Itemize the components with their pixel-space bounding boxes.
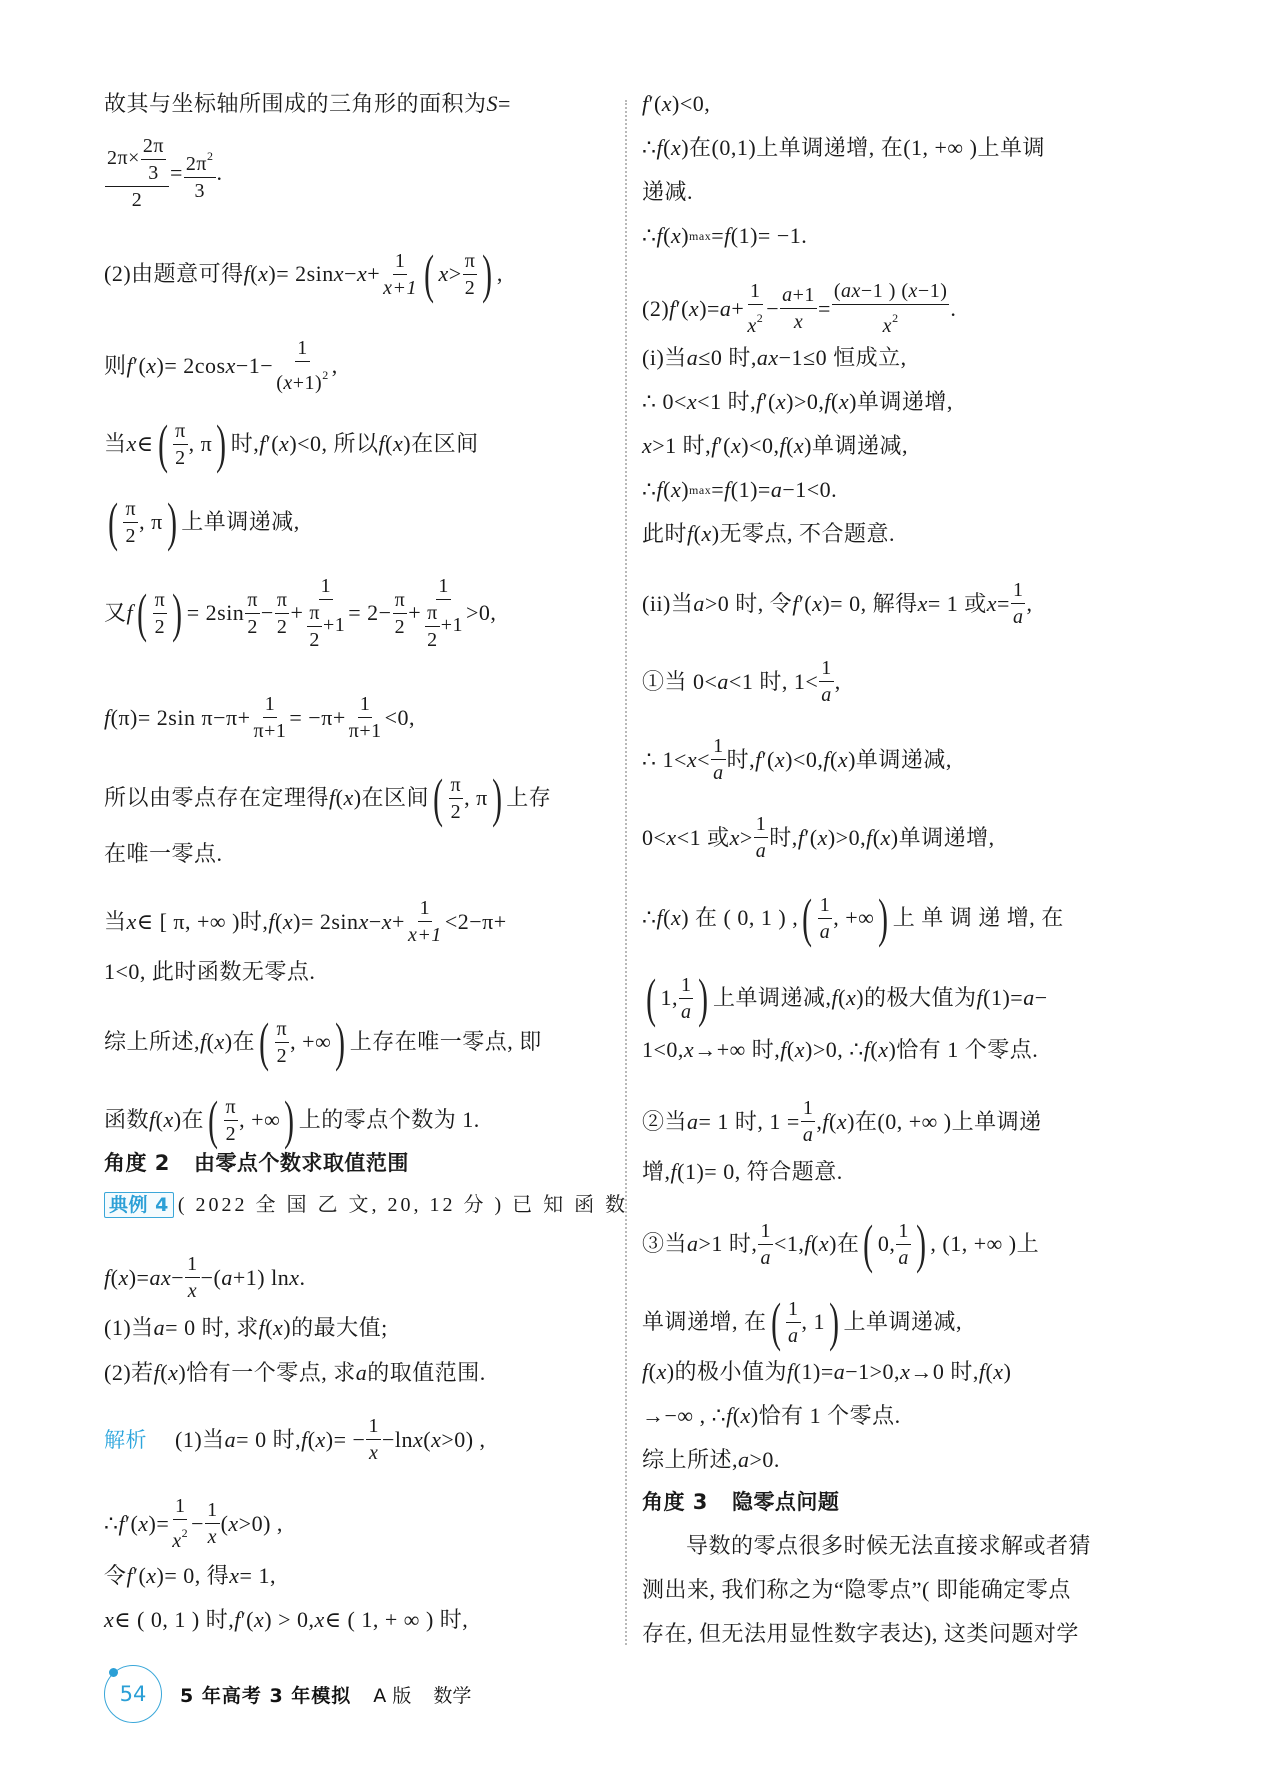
- fraction-denominator: 2: [449, 799, 464, 823]
- fraction-numerator: 1: [366, 1415, 381, 1440]
- text-line: ∴ f ( x ) 在 ( 0, 1 ) , (1a, +∞) 上 单 调 递 …: [642, 891, 1064, 945]
- text-run: = 1,: [240, 1561, 276, 1591]
- math-variable: f: [657, 133, 664, 163]
- text-run: ′(: [266, 429, 279, 459]
- left-paren: (: [259, 1015, 269, 1069]
- fraction-numerator: 1: [295, 337, 310, 362]
- text-run: ( 2022 全 国 乙 文, 20, 12 分 ) 已 知 函 数: [178, 1190, 628, 1220]
- parenthesized-group: (1a, +∞): [798, 891, 893, 945]
- text-run: −1>0,: [845, 1357, 900, 1387]
- text-run: 隐零点问题: [732, 1487, 840, 1517]
- superscript: 2: [892, 311, 899, 325]
- text-run: −1): [918, 280, 947, 302]
- text-line: f(π)= 2sin π−π+1π+1= −π+1π+1<0,: [104, 693, 415, 742]
- text-run: ∴: [642, 903, 657, 933]
- math-variable: a: [898, 1247, 909, 1269]
- math-variable: x: [146, 351, 156, 381]
- text-run: )在区间: [403, 429, 478, 459]
- text-run: )在(0,1)上单调递增, 在(1, +∞ )上单调: [681, 133, 1045, 163]
- text-line: (1, 1a)上单调递减, f(x)的极大值为f(1)= a−: [642, 971, 1048, 1025]
- math-variable: f: [724, 221, 731, 251]
- math-variable: a: [687, 1229, 699, 1259]
- fraction-denominator: 2: [245, 614, 260, 638]
- math-variable: f: [779, 431, 786, 461]
- math-variable: x: [794, 431, 804, 461]
- math-variable: a: [820, 921, 831, 943]
- text-run: (: [663, 221, 671, 251]
- math-variable: f: [787, 1357, 794, 1387]
- fraction-numerator: 1: [205, 1499, 220, 1524]
- text-run: 递减.: [642, 177, 693, 207]
- text-run: ①当 0<: [642, 667, 717, 697]
- text-run: 函数: [104, 1105, 149, 1135]
- fraction: π2: [153, 589, 168, 638]
- math-variable: x: [393, 429, 403, 459]
- math-variable: x: [208, 1526, 217, 1548]
- fraction-numerator: π: [224, 1096, 239, 1121]
- superscript: 2: [207, 149, 214, 163]
- text-run: 单调递增, 在: [642, 1307, 767, 1337]
- left-paren: (: [771, 1295, 781, 1349]
- text-line: 综上所述, a>0.: [642, 1445, 780, 1475]
- text-line: 综上所述, f(x)在(π2, +∞)上存在唯一零点, 即: [104, 1015, 542, 1069]
- text-run: 1: [297, 337, 308, 359]
- text-run: −1≤0 恒成立,: [779, 343, 907, 373]
- text-run: )<0,: [741, 431, 779, 461]
- math-variable: x: [747, 315, 756, 337]
- math-variable: x: [258, 259, 268, 289]
- math-variable: ax: [757, 343, 779, 373]
- text-run: 上存在唯一零点, 即: [350, 1027, 542, 1057]
- text-run: <: [697, 745, 710, 775]
- text-line: ∴ 1<x<1a时, f ′(x)<0, f(x)单调递减,: [642, 735, 952, 784]
- paren-content: 0, 1a: [878, 1220, 912, 1269]
- fraction: 2π23: [184, 145, 216, 202]
- fraction-denominator: 2: [124, 523, 139, 547]
- text-line: 增, f(1)= 0, 符合题意.: [642, 1157, 843, 1187]
- math-variable: x: [812, 589, 822, 619]
- fraction: π2: [393, 589, 408, 638]
- text-run: (: [663, 903, 671, 933]
- fraction-denominator: π2+1: [304, 600, 347, 651]
- text-run: (: [811, 1229, 819, 1259]
- fraction-denominator: x+1: [381, 275, 419, 299]
- text-run: 时,: [769, 823, 798, 853]
- math-variable: a: [1013, 606, 1024, 628]
- right-paren: ): [216, 417, 226, 471]
- math-variable: a: [821, 684, 832, 706]
- text-run: 增,: [642, 1157, 671, 1187]
- text-run: ′(: [241, 1605, 254, 1635]
- fraction-numerator: 1: [896, 1220, 911, 1245]
- text-run: =: [711, 221, 724, 251]
- text-run: (: [829, 1107, 837, 1137]
- parenthesized-group: (1, 1a): [642, 971, 713, 1025]
- math-variable: x: [228, 1509, 238, 1539]
- text-run: π: [427, 602, 438, 624]
- fraction-denominator: 2: [307, 627, 322, 651]
- math-variable: a: [225, 1425, 237, 1455]
- math-variable: x: [439, 259, 449, 289]
- text-run: ′(: [804, 823, 817, 853]
- text-run: >0) ,: [441, 1425, 485, 1455]
- math-variable: f: [301, 1425, 308, 1455]
- text-run: )在: [829, 1229, 859, 1259]
- fraction: 1x: [205, 1499, 220, 1548]
- text-run: (1)=: [731, 475, 771, 505]
- text-line: ②当 a = 1 时, 1 = 1a, f(x)在(0, +∞ )上单调递: [642, 1097, 1042, 1146]
- book-edition: A 版: [373, 1681, 411, 1708]
- parenthesized-group: (π2, π): [154, 417, 231, 471]
- paren-content: π2, π: [448, 774, 488, 823]
- text-run: →0 时,: [910, 1357, 979, 1387]
- math-variable: x: [684, 1035, 694, 1065]
- text-run: ): [1004, 1357, 1012, 1387]
- page-number-badge: 54: [104, 1665, 162, 1723]
- math-variable: x: [413, 1425, 423, 1455]
- fraction-denominator: a: [679, 999, 694, 1023]
- text-run: (i)当: [642, 343, 687, 373]
- text-run: >1 时,: [652, 431, 711, 461]
- math-variable: x: [987, 589, 997, 619]
- text-run: )单调递减,: [804, 431, 908, 461]
- text-run: ∴: [642, 221, 657, 251]
- text-run: >0.: [750, 1445, 780, 1475]
- fraction-numerator: π: [245, 589, 260, 614]
- text-run: −ln: [382, 1425, 413, 1455]
- math-variable: x: [334, 259, 344, 289]
- fraction-denominator: x: [792, 309, 805, 333]
- math-variable: f: [792, 589, 799, 619]
- math-variable: x: [214, 1027, 224, 1057]
- text-run: 上单调递减,: [713, 983, 832, 1013]
- text-run: ′(: [676, 294, 689, 324]
- fraction-denominator: 2: [224, 1121, 239, 1145]
- math-variable: a: [720, 294, 732, 324]
- text-line: (1)当 a = 0 时, 求f(x)的最大值;: [104, 1313, 388, 1343]
- text-run: (: [265, 1313, 273, 1343]
- right-paren: ): [699, 971, 709, 1025]
- text-run: )单调递增,: [891, 823, 995, 853]
- text-run: π: [309, 602, 320, 624]
- text-run: 2: [427, 629, 438, 651]
- right-paren: ): [916, 1217, 926, 1271]
- text-run: ): [681, 475, 689, 505]
- fraction-denominator: x+1: [406, 922, 444, 946]
- math-variable: x: [279, 429, 289, 459]
- text-run: .: [950, 294, 956, 324]
- right-paren: ): [335, 1015, 345, 1069]
- math-variable: x: [163, 1105, 173, 1135]
- text-run: ) > 0,: [264, 1605, 314, 1635]
- right-paren: ): [878, 891, 888, 945]
- fraction-numerator: 1: [711, 735, 726, 760]
- text-run: +: [731, 294, 744, 324]
- fraction-denominator: a: [1011, 604, 1026, 628]
- math-variable: f: [657, 903, 664, 933]
- math-variable: f: [864, 1035, 871, 1065]
- text-run: −: [344, 259, 357, 289]
- text-run: 令: [104, 1561, 127, 1591]
- parenthesized-group: (π2, π): [104, 495, 181, 549]
- math-variable: x: [343, 783, 353, 813]
- text-line: 解析(1)当 a = 0 时, f(x)= −1x−ln x(x>0) ,: [104, 1415, 486, 1464]
- text-run: ′(: [133, 351, 146, 381]
- math-variable: x: [701, 519, 711, 549]
- text-run: 所以由零点存在定理得: [104, 783, 329, 813]
- text-run: 当: [104, 429, 127, 459]
- text-run: (2)由题意可得: [104, 259, 244, 289]
- math-variable: x: [226, 351, 236, 381]
- fraction-numerator: π: [123, 498, 138, 523]
- text-line: x>1 时, f ′(x)<0, f(x)单调递减,: [642, 431, 908, 461]
- text-run: −: [171, 1263, 184, 1293]
- math-variable: x: [642, 431, 652, 461]
- fraction: 1a: [818, 894, 833, 943]
- paren-content: x>π2: [439, 250, 479, 299]
- left-paren: (: [137, 586, 147, 640]
- text-run: , π: [464, 783, 488, 813]
- text-run: 2: [277, 616, 288, 638]
- text-run: )= 2sin: [293, 907, 358, 937]
- math-variable: f: [726, 1401, 733, 1431]
- math-variable: x: [918, 589, 928, 619]
- paren-content: π2: [152, 589, 169, 638]
- fraction: π2: [123, 498, 138, 547]
- math-variable: x: [431, 1425, 441, 1455]
- text-run: 2: [465, 277, 476, 299]
- math-variable: x: [909, 280, 918, 302]
- text-run: )=: [149, 1509, 170, 1539]
- book-title: 5 年高考 3 年模拟: [180, 1681, 351, 1708]
- fraction-numerator: 2π2: [184, 145, 216, 178]
- text-run: 1: [1013, 579, 1024, 601]
- paren-content: 1, 1a: [660, 974, 694, 1023]
- math-variable: x: [357, 259, 367, 289]
- math-variable: x: [687, 745, 697, 775]
- text-run: 上的零点个数为 1.: [299, 1105, 480, 1135]
- right-paren: ): [284, 1093, 294, 1147]
- text-run: 1: [756, 813, 767, 835]
- fraction-numerator: π: [173, 420, 188, 445]
- text-run: (: [870, 1035, 878, 1065]
- math-variable: x: [168, 1358, 178, 1388]
- fraction: 2π3: [141, 135, 166, 184]
- text-run: )的极小值为: [667, 1357, 787, 1387]
- text-run: ′(: [133, 1561, 146, 1591]
- left-paren: (: [424, 247, 434, 301]
- text-run: ③当: [642, 1229, 687, 1259]
- text-run: 1: [760, 1220, 771, 1242]
- fraction-numerator: 1: [436, 575, 451, 600]
- math-variable: f: [671, 1157, 678, 1187]
- fraction-numerator: π: [463, 250, 478, 275]
- text-run: )恰有 1 个零点.: [888, 1035, 1038, 1065]
- math-variable: f: [687, 519, 694, 549]
- text-run: −: [191, 1509, 204, 1539]
- fraction-numerator: ( ax−1 ) ( x−1): [832, 280, 950, 305]
- math-variable: a: [1023, 983, 1035, 1013]
- math-variable: a: [738, 1445, 750, 1475]
- text-run: )单调递增,: [849, 387, 953, 417]
- math-variable: x: [656, 1357, 666, 1387]
- math-variable: a: [221, 1263, 233, 1293]
- math-variable: x: [138, 1509, 148, 1539]
- text-run: 2: [395, 616, 406, 638]
- math-variable: x: [127, 907, 137, 937]
- left-paren: (: [208, 1093, 218, 1147]
- right-paren: ): [167, 495, 177, 549]
- math-variable: x: [127, 429, 137, 459]
- text-run: 1: [368, 1415, 379, 1437]
- text-line: 则f ′(x)= 2cos x−1−1(x+1)2,: [104, 337, 338, 394]
- text-line: 令 f ′(x)= 0, 得 x = 1,: [104, 1561, 276, 1591]
- paren-content: 1a, 1: [785, 1298, 825, 1347]
- math-variable: x: [118, 1263, 128, 1293]
- fraction-denominator: a: [754, 838, 769, 862]
- math-variable: x: [689, 294, 699, 324]
- text-line: ①当 0<a<1 时, 1<1a,: [642, 657, 841, 706]
- text-run: 1: [360, 693, 371, 715]
- text-run: 2: [247, 616, 258, 638]
- fraction-denominator: 2: [130, 187, 145, 211]
- math-variable: f: [798, 823, 805, 853]
- fraction-numerator: 1: [185, 1253, 200, 1278]
- text-run: (: [733, 1401, 741, 1431]
- fraction-numerator: 1: [263, 693, 278, 718]
- text-run: >0,: [466, 598, 496, 628]
- math-variable: f: [379, 429, 386, 459]
- fraction-numerator: 1: [818, 894, 833, 919]
- left-paren: (: [646, 971, 656, 1025]
- fraction-numerator: 1: [393, 250, 408, 275]
- fraction: π2: [449, 774, 464, 823]
- text-run: >: [740, 823, 753, 853]
- text-run: (: [423, 1425, 431, 1455]
- text-run: −: [1035, 983, 1048, 1013]
- text-run: )无零点, 不合题意.: [712, 519, 895, 549]
- math-variable: f: [149, 1105, 156, 1135]
- text-line: 测出来, 我们称之为“隐零点”( 即能确定零点: [642, 1575, 1071, 1605]
- math-variable: x: [254, 1605, 264, 1635]
- text-run: 时,: [727, 745, 756, 775]
- fraction: 1a: [801, 1097, 816, 1146]
- math-variable: x: [687, 387, 697, 417]
- fraction-denominator: a: [711, 760, 726, 784]
- text-run: 1: [321, 575, 332, 597]
- text-run: =: [818, 294, 831, 324]
- fraction-denominator: 2: [425, 627, 440, 651]
- math-variable: a: [803, 1124, 814, 1146]
- text-run: +: [408, 598, 421, 628]
- text-run: 2: [226, 1123, 237, 1145]
- text-run: 2: [155, 616, 166, 638]
- text-run: <1,: [774, 1229, 804, 1259]
- text-run: =: [711, 475, 724, 505]
- text-run: =: [997, 589, 1010, 619]
- text-run: 在唯一零点.: [104, 839, 223, 869]
- text-run: +1) ln: [233, 1263, 289, 1293]
- text-run: )= 2cos: [157, 351, 226, 381]
- text-run: (: [308, 1425, 316, 1455]
- text-run: 1: [420, 897, 431, 919]
- text-run: 1<0, 此时函数无零点.: [104, 957, 315, 987]
- math-variable: f: [200, 1027, 207, 1057]
- solution-label: 解析: [104, 1425, 147, 1455]
- text-run: )单调递减,: [848, 745, 952, 775]
- text-line: ∴ f(x)在(0,1)上单调递增, 在(1, +∞ )上单调: [642, 133, 1045, 163]
- fraction: π2: [245, 589, 260, 638]
- text-run: , 1: [802, 1307, 826, 1337]
- text-run: 2: [132, 189, 143, 211]
- math-variable: ax: [841, 280, 861, 302]
- text-run: (: [275, 907, 283, 937]
- fraction: 1x: [185, 1253, 200, 1302]
- fraction: π2: [224, 1096, 239, 1145]
- math-variable: f: [822, 1107, 829, 1137]
- text-run: .: [300, 1263, 306, 1293]
- fraction: 1x: [366, 1415, 381, 1464]
- math-variable: f: [780, 1035, 787, 1065]
- text-line: ∴ f(x)max =f(1)= a−1<0.: [642, 475, 837, 505]
- fraction: 2π×2π32: [105, 135, 169, 211]
- text-run: ′(: [762, 745, 775, 775]
- fraction-numerator: 2π: [141, 135, 166, 160]
- fraction-numerator: 1: [358, 693, 373, 718]
- paren-content: π2, +∞: [274, 1018, 332, 1067]
- text-run: (: [663, 475, 671, 505]
- fraction-denominator: (x+1)2: [274, 362, 331, 394]
- math-variable: x+1: [383, 277, 417, 299]
- math-variable: x: [900, 1357, 910, 1387]
- text-line: 单调递增, 在(1a, 1)上单调递减,: [642, 1295, 962, 1349]
- text-run: ,: [332, 351, 338, 381]
- fraction-denominator: a: [819, 682, 834, 706]
- math-variable: x: [794, 311, 803, 333]
- text-line: 故其与坐标轴所围成的三角形的面积为 S =: [104, 89, 511, 119]
- text-run: (: [663, 133, 671, 163]
- left-paren: (: [158, 417, 168, 471]
- math-variable: f: [127, 598, 134, 628]
- math-variable: x: [172, 1530, 181, 1552]
- text-run: (: [838, 983, 846, 1013]
- fraction: 1a: [754, 813, 769, 862]
- fraction-numerator: 1: [418, 897, 433, 922]
- fraction-denominator: a: [896, 1245, 911, 1269]
- math-variable: f: [804, 1229, 811, 1259]
- paren-content: π2, π: [172, 420, 212, 469]
- math-variable: x: [146, 1561, 156, 1591]
- fraction-numerator: a+1: [780, 284, 817, 309]
- fraction-denominator: x: [206, 1524, 219, 1548]
- text-run: , +∞: [833, 903, 874, 933]
- text-run: +: [367, 259, 380, 289]
- text-line: f(x)= ax−1x−(a+1) ln x.: [104, 1253, 306, 1302]
- text-run: 1: [207, 1499, 218, 1521]
- text-run: )在: [174, 1105, 204, 1135]
- text-run: 综上所述,: [104, 1027, 200, 1057]
- math-variable: f: [979, 1357, 986, 1387]
- text-run: →+∞ 时,: [694, 1035, 780, 1065]
- fraction: 1(x+1)2: [274, 337, 331, 394]
- text-line: 1<0, x→+∞ 时, f(x)>0, ∴ f(x)恰有 1 个零点.: [642, 1035, 1038, 1065]
- fraction: 1π2+1: [422, 575, 465, 651]
- math-variable: x: [671, 903, 681, 933]
- math-variable: f: [866, 823, 873, 853]
- text-run: π+1: [254, 720, 287, 742]
- text-run: )的极大值为: [856, 983, 976, 1013]
- text-run: +1: [793, 284, 815, 306]
